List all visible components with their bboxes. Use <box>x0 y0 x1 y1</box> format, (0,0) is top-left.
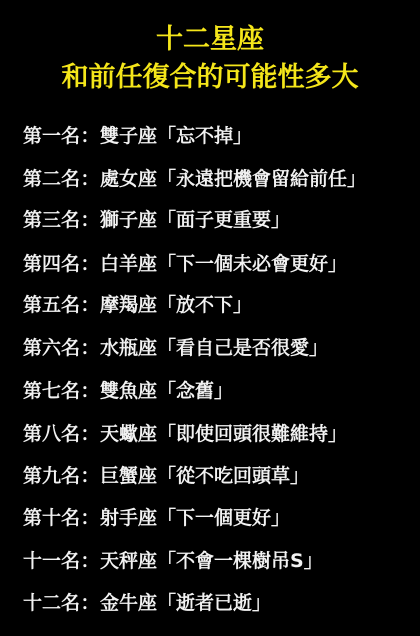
quote: 「從不吃回頭草」 <box>157 465 309 487</box>
ranking-row: 第九名：巨蟹座「從不吃回頭草」 <box>23 462 309 490</box>
ranking-row: 第三名：獅子座「面子更重要」 <box>23 206 290 234</box>
quote: 「念舊」 <box>157 380 233 402</box>
separator: ： <box>80 504 100 532</box>
separator: ： <box>80 165 100 193</box>
zodiac-sign: 處女座 <box>100 168 157 190</box>
quote: 「下一個更好」 <box>157 507 290 529</box>
quote: 「忘不掉」 <box>157 125 252 147</box>
ranking-row: 第七名：雙魚座「念舊」 <box>23 377 233 405</box>
zodiac-sign: 天蠍座 <box>100 423 157 445</box>
ranking-row: 第十名：射手座「下一個更好」 <box>23 504 290 532</box>
rank-label: 第一名 <box>23 122 80 150</box>
zodiac-ranking-image: 十二星座 和前任復合的可能性多大 第一名：雙子座「忘不掉」 第二名：處女座「永遠… <box>0 0 420 636</box>
ranking-row: 第六名：水瓶座「看自己是否很愛」 <box>23 334 328 362</box>
ranking-row: 第四名：白羊座「下一個未必會更好」 <box>23 250 347 278</box>
separator: ： <box>80 334 100 362</box>
separator: ： <box>80 420 100 448</box>
rank-label: 第七名 <box>23 377 80 405</box>
zodiac-sign: 巨蟹座 <box>100 465 157 487</box>
zodiac-sign: 天秤座 <box>100 550 157 572</box>
quote: 「下一個未必會更好」 <box>157 253 347 275</box>
zodiac-sign: 金牛座 <box>100 592 157 614</box>
separator: ： <box>80 206 100 234</box>
zodiac-sign: 雙魚座 <box>100 380 157 402</box>
rank-label: 第八名 <box>23 420 80 448</box>
zodiac-sign: 水瓶座 <box>100 337 157 359</box>
ranking-row: 第五名：摩羯座「放不下」 <box>23 291 252 319</box>
ranking-row: 第一名：雙子座「忘不掉」 <box>23 122 252 150</box>
separator: ： <box>80 250 100 278</box>
separator: ： <box>80 589 100 617</box>
rank-label: 第六名 <box>23 334 80 362</box>
ranking-row: 第二名：處女座「永遠把機會留給前任」 <box>23 165 366 193</box>
ranking-row: 十二名：金牛座「逝者已逝」 <box>23 589 271 617</box>
zodiac-sign: 雙子座 <box>100 125 157 147</box>
zodiac-sign: 獅子座 <box>100 209 157 231</box>
rank-label: 第九名 <box>23 462 80 490</box>
zodiac-sign: 摩羯座 <box>100 294 157 316</box>
rank-label: 十一名 <box>23 547 80 575</box>
quote: 「逝者已逝」 <box>157 592 271 614</box>
rank-label: 第十名 <box>23 504 80 532</box>
title-line-1: 十二星座 <box>0 24 420 56</box>
title-line-2: 和前任復合的可能性多大 <box>0 62 420 94</box>
quote: 「永遠把機會留給前任」 <box>157 168 366 190</box>
rank-label: 第五名 <box>23 291 80 319</box>
rank-label: 第四名 <box>23 250 80 278</box>
separator: ： <box>80 291 100 319</box>
ranking-row: 第八名：天蠍座「即使回頭很難維持」 <box>23 420 347 448</box>
quote: 「看自己是否很愛」 <box>157 337 328 359</box>
quote: 「面子更重要」 <box>157 209 290 231</box>
separator: ： <box>80 547 100 575</box>
rank-label: 第二名 <box>23 165 80 193</box>
ranking-row: 十一名：天秤座「不會一棵樹吊S」 <box>23 547 323 575</box>
rank-label: 第三名 <box>23 206 80 234</box>
zodiac-sign: 白羊座 <box>100 253 157 275</box>
quote: 「即使回頭很難維持」 <box>157 423 347 445</box>
separator: ： <box>80 122 100 150</box>
rank-label: 十二名 <box>23 589 80 617</box>
separator: ： <box>80 377 100 405</box>
zodiac-sign: 射手座 <box>100 507 157 529</box>
quote: 「不會一棵樹吊S」 <box>157 550 323 572</box>
separator: ： <box>80 462 100 490</box>
quote: 「放不下」 <box>157 294 252 316</box>
